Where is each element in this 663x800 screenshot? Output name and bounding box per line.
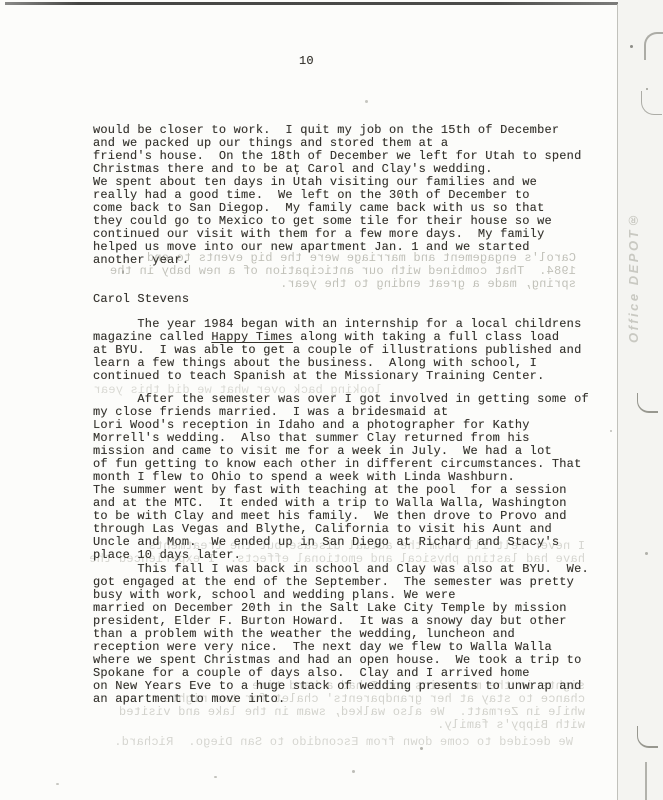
section-heading: Carol Stevens [93,293,189,306]
scanner-noise-speck [214,776,217,778]
paragraph-1: would be closer to work. I quit my job o… [93,124,581,267]
scanner-noise-speck [296,172,298,175]
scanner-noise-speck [56,783,59,785]
binder-clasp [637,393,658,413]
binder-clasp [637,726,658,748]
page-number: 10 [299,55,314,68]
page-edge-line [617,4,618,800]
scanner-noise-speck [646,88,648,90]
office-depot-brand-text: Office DEPOT® [626,203,641,343]
scanned-page: Office DEPOT® Carol's engagement and mar… [0,0,663,800]
binder-edge-line [645,762,647,800]
paragraph-4: This fall I was back in school and Clay … [93,563,589,706]
binder-clasp [641,91,662,115]
bleedthrough-text-block: We decided to come down from Escondido t… [93,736,573,749]
scan-top-edge-line [5,2,618,5]
scanner-noise-speck [365,100,368,103]
paragraph-3: After the semester was over I got involv… [93,393,589,562]
scanner-noise-speck [420,747,423,750]
paragraph-2: The year 1984 began with an internship f… [93,318,581,383]
scanner-noise-speck [122,270,124,274]
scanner-noise-speck [610,430,612,432]
scanner-noise-speck [630,45,633,48]
binder-clasp [644,32,663,60]
scanner-noise-speck [645,552,648,555]
scanner-noise-speck [352,770,355,773]
